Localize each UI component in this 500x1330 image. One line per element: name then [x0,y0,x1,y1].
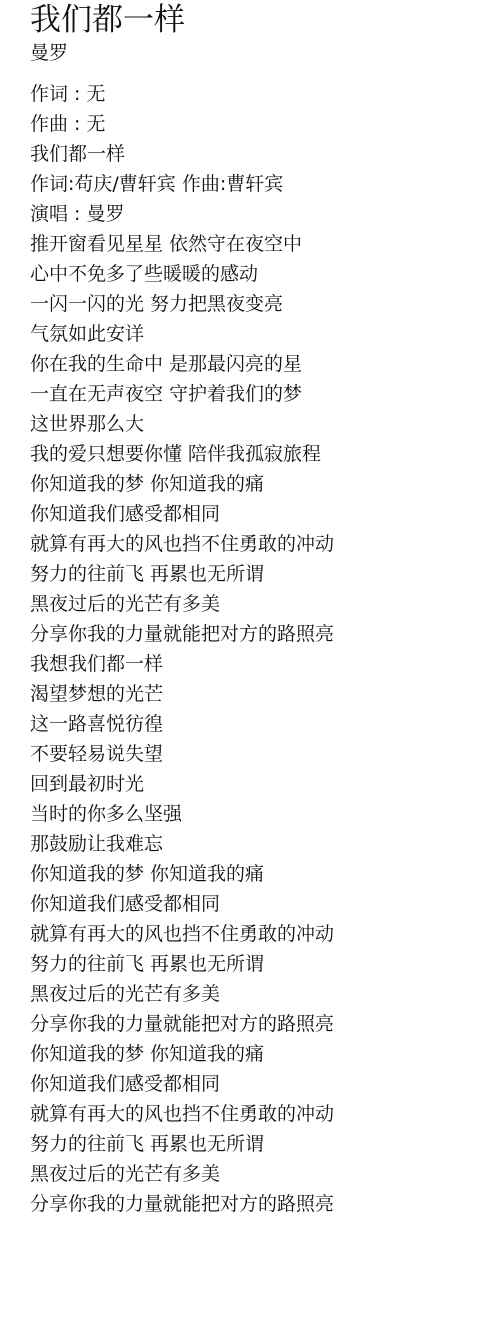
lyric-line: 你知道我的梦 你知道我的痛 [30,859,334,889]
lyric-line: 你知道我们感受都相同 [30,889,334,919]
lyric-line: 你知道我的梦 你知道我的痛 [30,469,334,499]
lyric-line: 我们都一样 [30,139,334,169]
lyric-line: 作词 : 无 [30,79,334,109]
lyric-line: 这世界那么大 [30,409,334,439]
lyric-line: 你知道我的梦 你知道我的痛 [30,1039,334,1069]
lyric-line: 一闪一闪的光 努力把黑夜变亮 [30,289,334,319]
lyric-line: 当时的你多么坚强 [30,799,334,829]
lyric-line: 黑夜过后的光芒有多美 [30,1159,334,1189]
lyric-line: 努力的往前飞 再累也无所谓 [30,949,334,979]
lyric-line: 就算有再大的风也挡不住勇敢的冲动 [30,529,334,559]
lyric-line: 你知道我们感受都相同 [30,499,334,529]
lyric-line: 黑夜过后的光芒有多美 [30,589,334,619]
lyric-line: 我想我们都一样 [30,649,334,679]
lyric-line: 不要轻易说失望 [30,739,334,769]
lyric-line: 推开窗看见星星 依然守在夜空中 [30,229,334,259]
lyric-line: 那鼓励让我难忘 [30,829,334,859]
lyric-line: 努力的往前飞 再累也无所谓 [30,1129,334,1159]
lyric-line: 分享你我的力量就能把对方的路照亮 [30,1009,334,1039]
lyric-line: 渴望梦想的光芒 [30,679,334,709]
lyric-line: 这一路喜悦彷徨 [30,709,334,739]
lyric-line: 我的爱只想要你懂 陪伴我孤寂旅程 [30,439,334,469]
lyric-line: 分享你我的力量就能把对方的路照亮 [30,619,334,649]
lyrics-list: 作词 : 无作曲 : 无我们都一样作词:苟庆/曹轩宾 作曲:曹轩宾演唱 : 曼罗… [30,79,334,1219]
lyric-line: 就算有再大的风也挡不住勇敢的冲动 [30,919,334,949]
lyric-line: 心中不免多了些暖暖的感动 [30,259,334,289]
lyric-line: 你知道我们感受都相同 [30,1069,334,1099]
lyric-line: 分享你我的力量就能把对方的路照亮 [30,1189,334,1219]
lyric-line: 气氛如此安详 [30,319,334,349]
lyric-line: 一直在无声夜空 守护着我们的梦 [30,379,334,409]
lyric-line: 作词:苟庆/曹轩宾 作曲:曹轩宾 [30,169,334,199]
song-title: 我们都一样 [30,1,185,39]
lyric-line: 演唱 : 曼罗 [30,199,334,229]
artist-name: 曼罗 [30,40,68,66]
lyric-line: 黑夜过后的光芒有多美 [30,979,334,1009]
lyric-line: 努力的往前飞 再累也无所谓 [30,559,334,589]
lyric-line: 就算有再大的风也挡不住勇敢的冲动 [30,1099,334,1129]
lyric-line: 回到最初时光 [30,769,334,799]
lyric-line: 作曲 : 无 [30,109,334,139]
lyric-line: 你在我的生命中 是那最闪亮的星 [30,349,334,379]
